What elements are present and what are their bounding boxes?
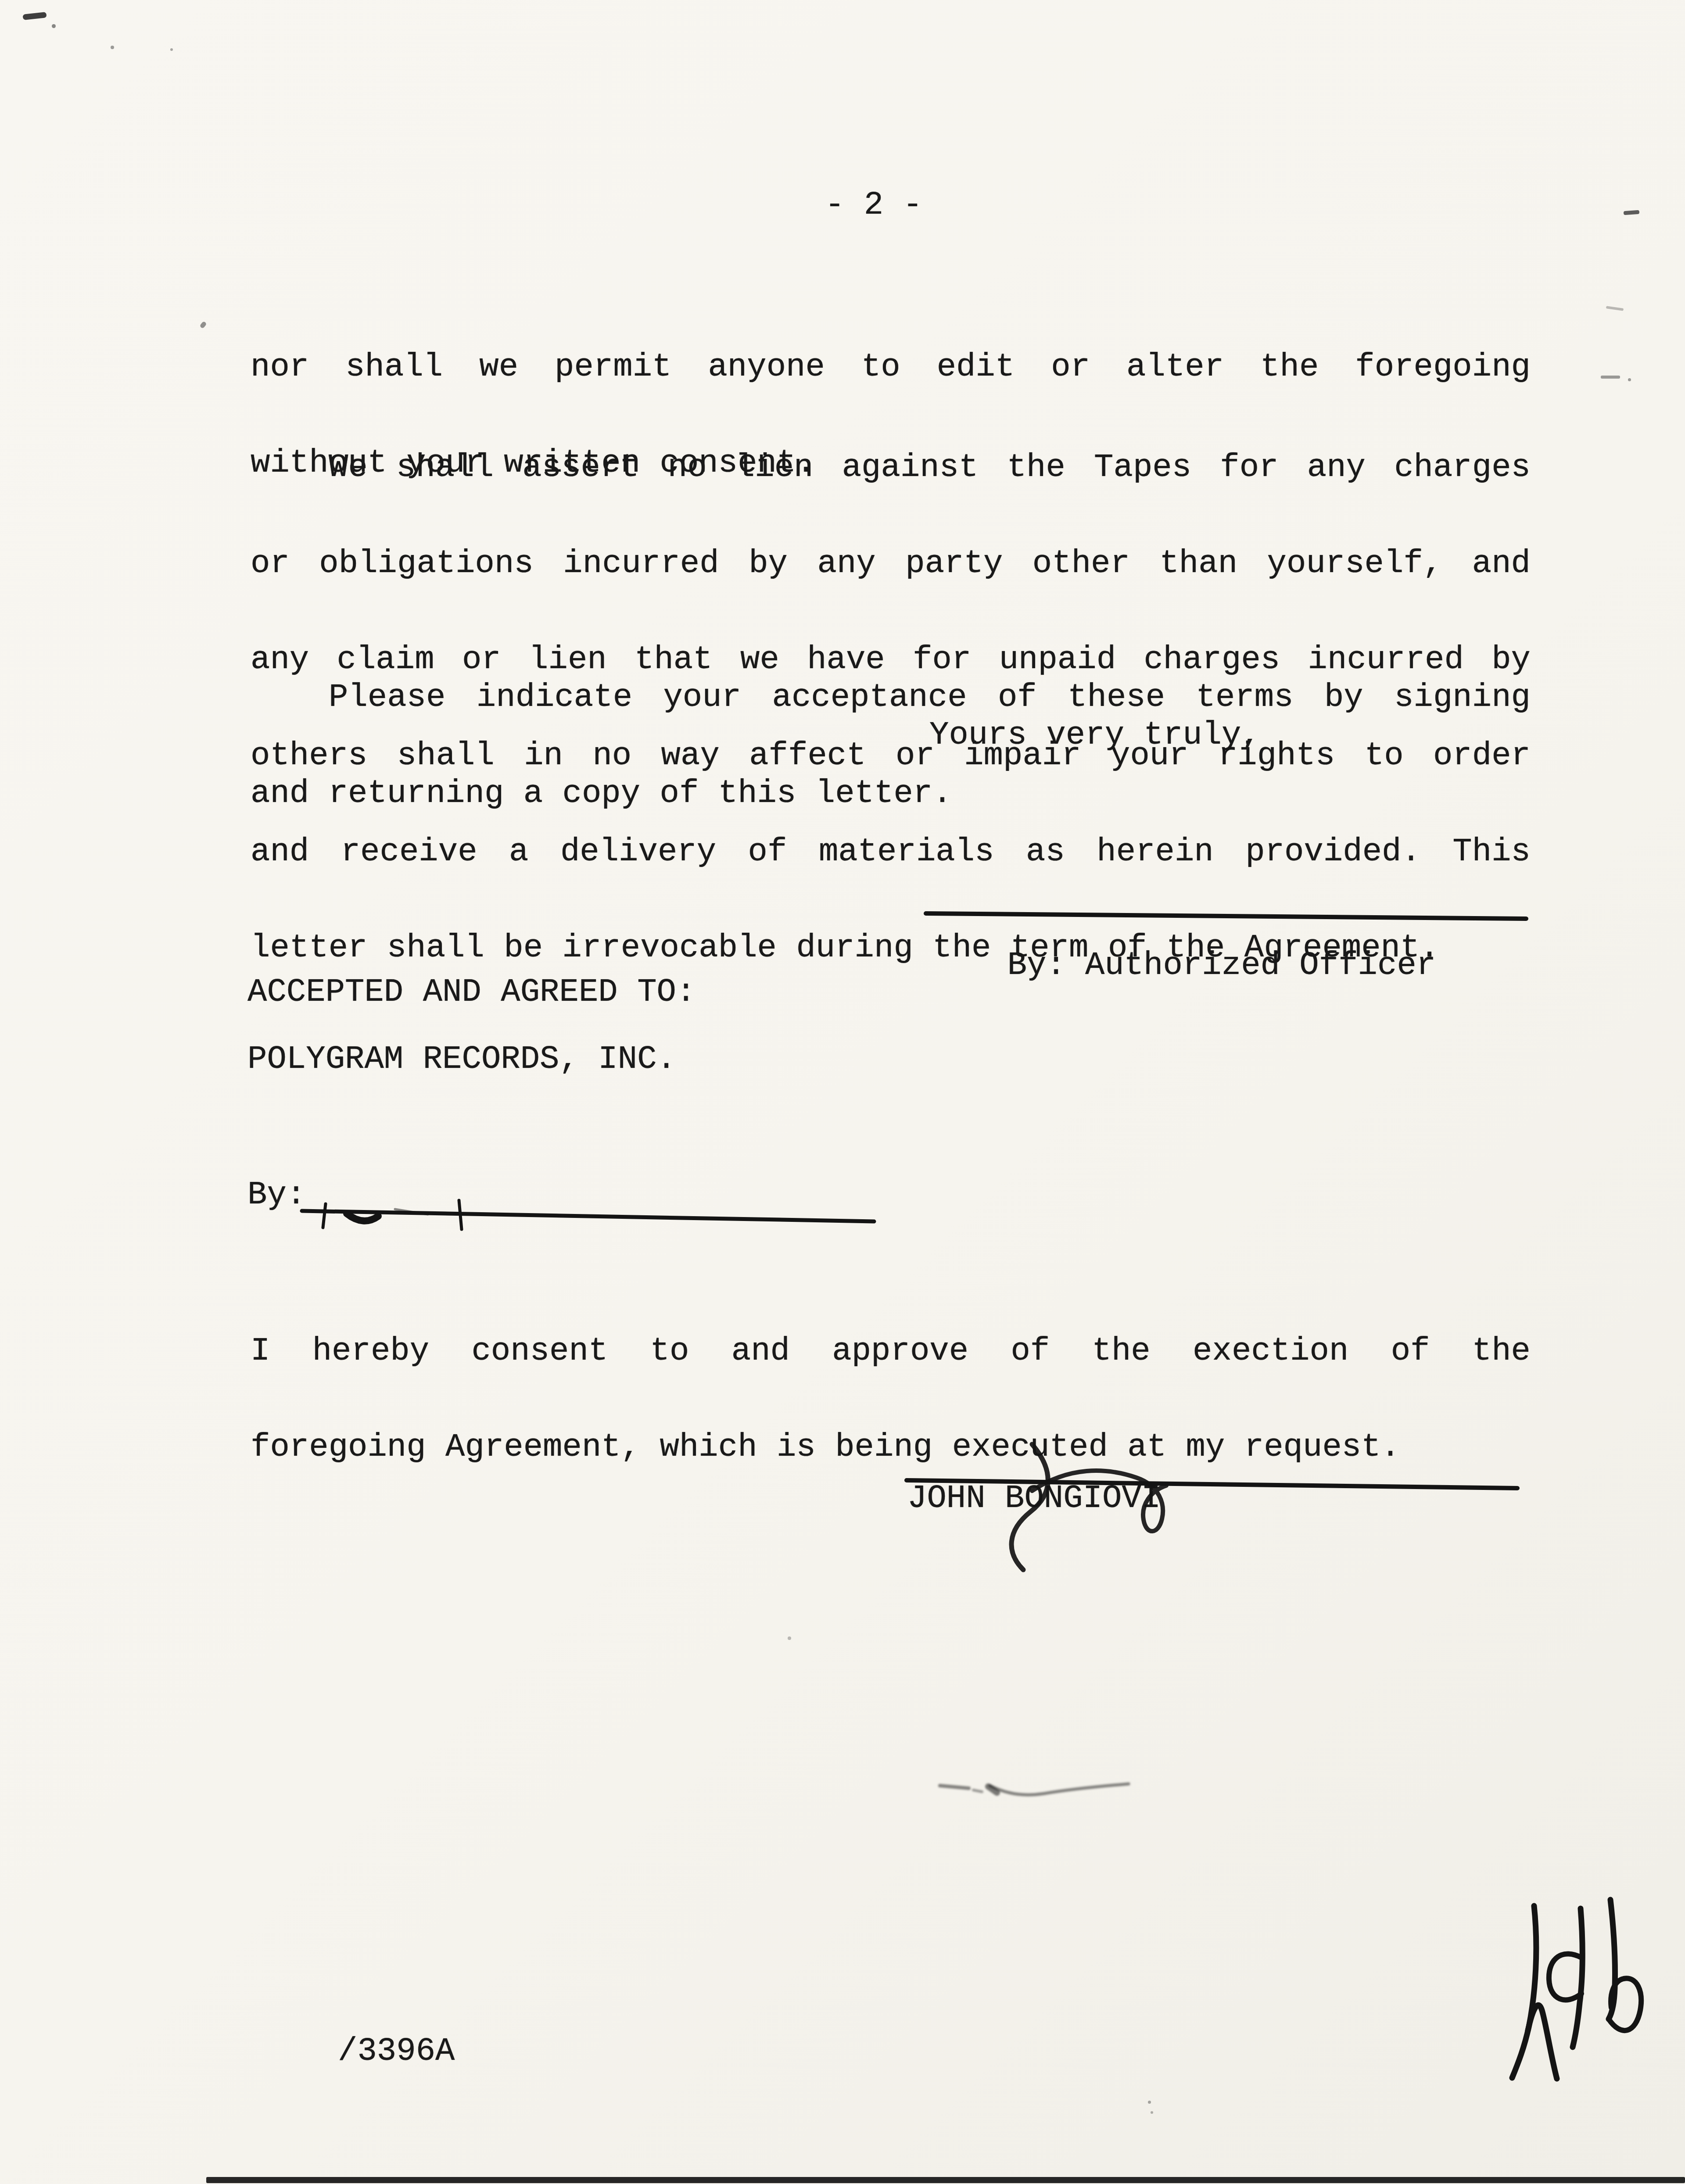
scan-edge	[206, 2177, 1685, 2183]
scan-artifact	[1606, 306, 1624, 311]
handwritten-initials	[1512, 1900, 1641, 2079]
scan-artifact	[788, 1636, 791, 1640]
company-signature-line-tick	[459, 1200, 462, 1229]
page-number: - 2 -	[825, 190, 922, 222]
paragraph: Please indicate your acceptance of these…	[251, 618, 1531, 874]
scan-artifact	[170, 48, 173, 51]
document-code: /3396A	[338, 2036, 455, 2068]
artist-name: JOHN BONGIOVI	[907, 1483, 1161, 1515]
scan-artifact	[52, 24, 56, 28]
scan-artifact	[111, 46, 114, 49]
company-name: POLYGRAM RECORDS, INC.	[247, 1044, 676, 1076]
company-signature-line-tick	[395, 1209, 428, 1214]
scan-artifact	[1624, 210, 1640, 215]
by-label: By:	[1007, 947, 1066, 984]
acceptance-heading: ACCEPTED AND AGREED TO:	[247, 977, 696, 1009]
scan-artifact	[1628, 378, 1631, 381]
company-signature-line	[302, 1211, 874, 1221]
company-signature-line-tick	[323, 1204, 326, 1228]
text-line: or obligations incurred by any party oth…	[251, 548, 1531, 580]
paragraph: I hereby consent to and approve of the e…	[251, 1271, 1531, 1528]
scan-artifact	[199, 321, 207, 329]
scan-artifact	[1148, 2101, 1151, 2104]
scan-artifact	[22, 12, 47, 20]
text-line: I hereby consent to and approve of the e…	[251, 1335, 1531, 1368]
scan-artifact	[1601, 376, 1620, 379]
smudge-mark	[940, 1784, 1129, 1795]
valediction: Yours very truly,	[929, 720, 1261, 752]
text-line: and returning a copy of this letter.	[251, 778, 1531, 810]
text-line: foregoing Agreement, which is being exec…	[251, 1432, 1531, 1464]
text-line: We shall assert no lien against the Tape…	[251, 452, 1531, 484]
signer-title: Authorized Officer	[1085, 947, 1436, 984]
text-line: nor shall we permit anyone to edit or al…	[251, 351, 1531, 383]
scan-artifact	[1151, 2111, 1153, 2114]
officer-signature-caption: By:Authorized Officer	[929, 918, 1436, 1014]
company-signature-line-blob	[347, 1214, 378, 1221]
company-by-label: By:	[247, 1179, 306, 1211]
text-line: Please indicate your acceptance of these…	[251, 682, 1531, 714]
scanned-letter-page: - 2 - nor shall we permit anyone to edit…	[0, 0, 1685, 2184]
